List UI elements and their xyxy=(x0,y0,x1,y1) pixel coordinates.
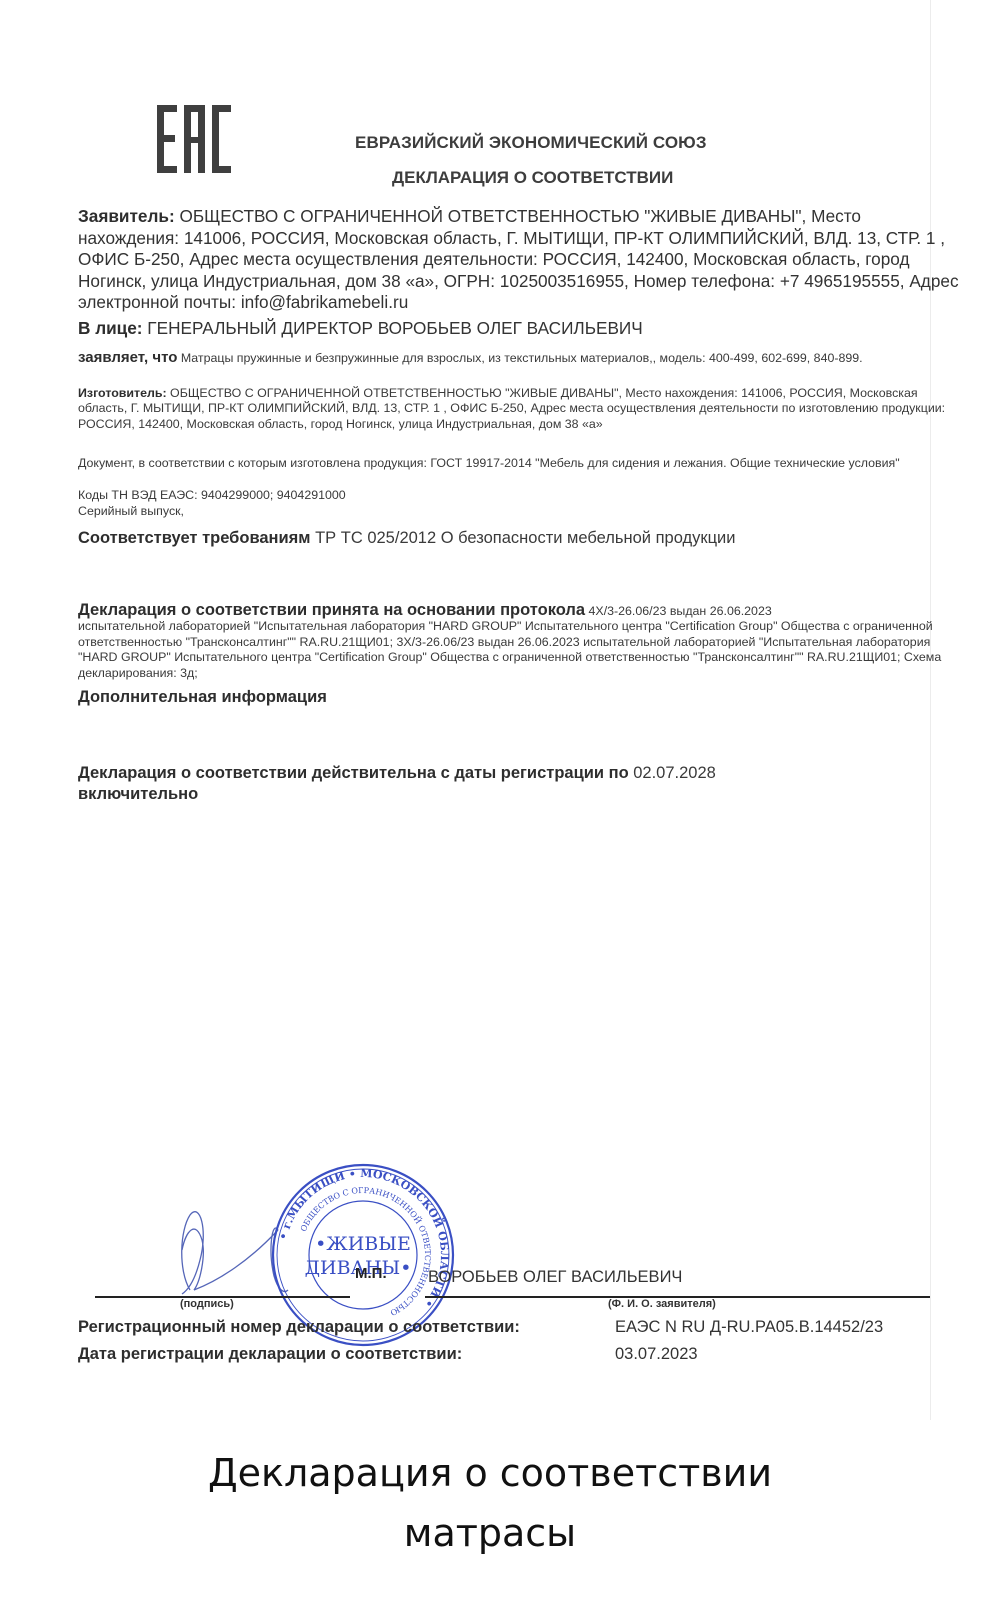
compliance-section: Соответствует требованиям ТР ТС 025/2012… xyxy=(78,529,963,548)
additional-info: Дополнительная информация xyxy=(78,688,963,707)
eac-logo-icon xyxy=(157,105,231,173)
validity-suffix: включительно xyxy=(78,785,198,803)
registration-number-label: Регистрационный номер декларации о соотв… xyxy=(78,1318,520,1337)
applicant-label: Заявитель: xyxy=(78,206,175,226)
header-union: ЕВРАЗИЙСКИЙ ЭКОНОМИЧЕСКИЙ СОЮЗ xyxy=(355,133,755,153)
applicant-text: ОБЩЕСТВО С ОГРАНИЧЕННОЙ ОТВЕТСТВЕННОСТЬЮ… xyxy=(78,206,959,312)
name-caption: (Ф. И. О. заявителя) xyxy=(608,1298,716,1310)
represented-by-label: В лице: xyxy=(78,318,143,338)
registration-date-label: Дата регистрации декларации о соответств… xyxy=(78,1345,462,1364)
manufacturer-label: Изготовитель: xyxy=(78,386,167,400)
declares-label: заявляет, что xyxy=(78,349,177,366)
represented-by-section: В лице: ГЕНЕРАЛЬНЫЙ ДИРЕКТОР ВОРОБЬЕВ ОЛ… xyxy=(78,318,963,340)
declares-text: Матрацы пружинные и безпружинные для взр… xyxy=(177,351,862,365)
basis-section: Декларация о соответствии принята на осн… xyxy=(78,603,958,681)
registration-number-value: ЕАЭС N RU Д-RU.PA05.B.14452/23 xyxy=(615,1318,883,1337)
validity-section: Декларация о соответствии действительна … xyxy=(78,763,838,805)
standard-document: Документ, в соответствии с которым изгот… xyxy=(78,456,963,471)
seal-mark: М.П. xyxy=(355,1265,387,1282)
svg-text:•ЖИВЫЕ: •ЖИВЫЕ xyxy=(315,1233,411,1255)
validity-date: 02.07.2028 xyxy=(629,764,716,782)
applicant-section: Заявитель: ОБЩЕСТВО С ОГРАНИЧЕННОЙ ОТВЕТ… xyxy=(78,206,963,314)
basis-text: испытательной лабораторией "Испытательна… xyxy=(78,619,941,679)
manufacturer-text: ОБЩЕСТВО С ОГРАНИЧЕННОЙ ОТВЕТСТВЕННОСТЬЮ… xyxy=(78,386,945,431)
caption-line2: матрасы xyxy=(0,1505,980,1561)
manufacturer-section: Изготовитель: ОБЩЕСТВО С ОГРАНИЧЕННОЙ ОТ… xyxy=(78,386,963,432)
caption-line1: Декларация о соответствии xyxy=(0,1445,980,1501)
represented-by-text: ГЕНЕРАЛЬНЫЙ ДИРЕКТОР ВОРОБЬЕВ ОЛЕГ ВАСИЛ… xyxy=(143,318,643,338)
header-title: ДЕКЛАРАЦИЯ О СООТВЕТСТВИИ xyxy=(392,168,722,188)
production-type: Серийный выпуск, xyxy=(78,504,963,519)
signature-caption: (подпись) xyxy=(180,1298,234,1310)
signer-name: ВОРОБЬЕВ ОЛЕГ ВАСИЛЬЕВИЧ xyxy=(428,1268,682,1287)
hs-codes: Коды ТН ВЭД ЕАЭС: 9404299000; 9404291000 xyxy=(78,488,963,503)
validity-label: Декларация о соответствии действительна … xyxy=(78,764,629,782)
declares-section: заявляет, что Матрацы пружинные и безпру… xyxy=(78,350,963,366)
compliance-label: Соответствует требованиям xyxy=(78,529,311,547)
declaration-document: ЕВРАЗИЙСКИЙ ЭКОНОМИЧЕСКИЙ СОЮЗ ДЕКЛАРАЦИ… xyxy=(0,0,1000,1420)
compliance-text: ТР ТС 025/2012 О безопасности мебельной … xyxy=(311,529,736,547)
basis-protocol: 4Х/3-26.06/23 выдан 26.06.2023 xyxy=(585,604,772,618)
basis-label: Декларация о соответствии принята на осн… xyxy=(78,601,585,619)
registration-date-value: 03.07.2023 xyxy=(615,1345,698,1364)
